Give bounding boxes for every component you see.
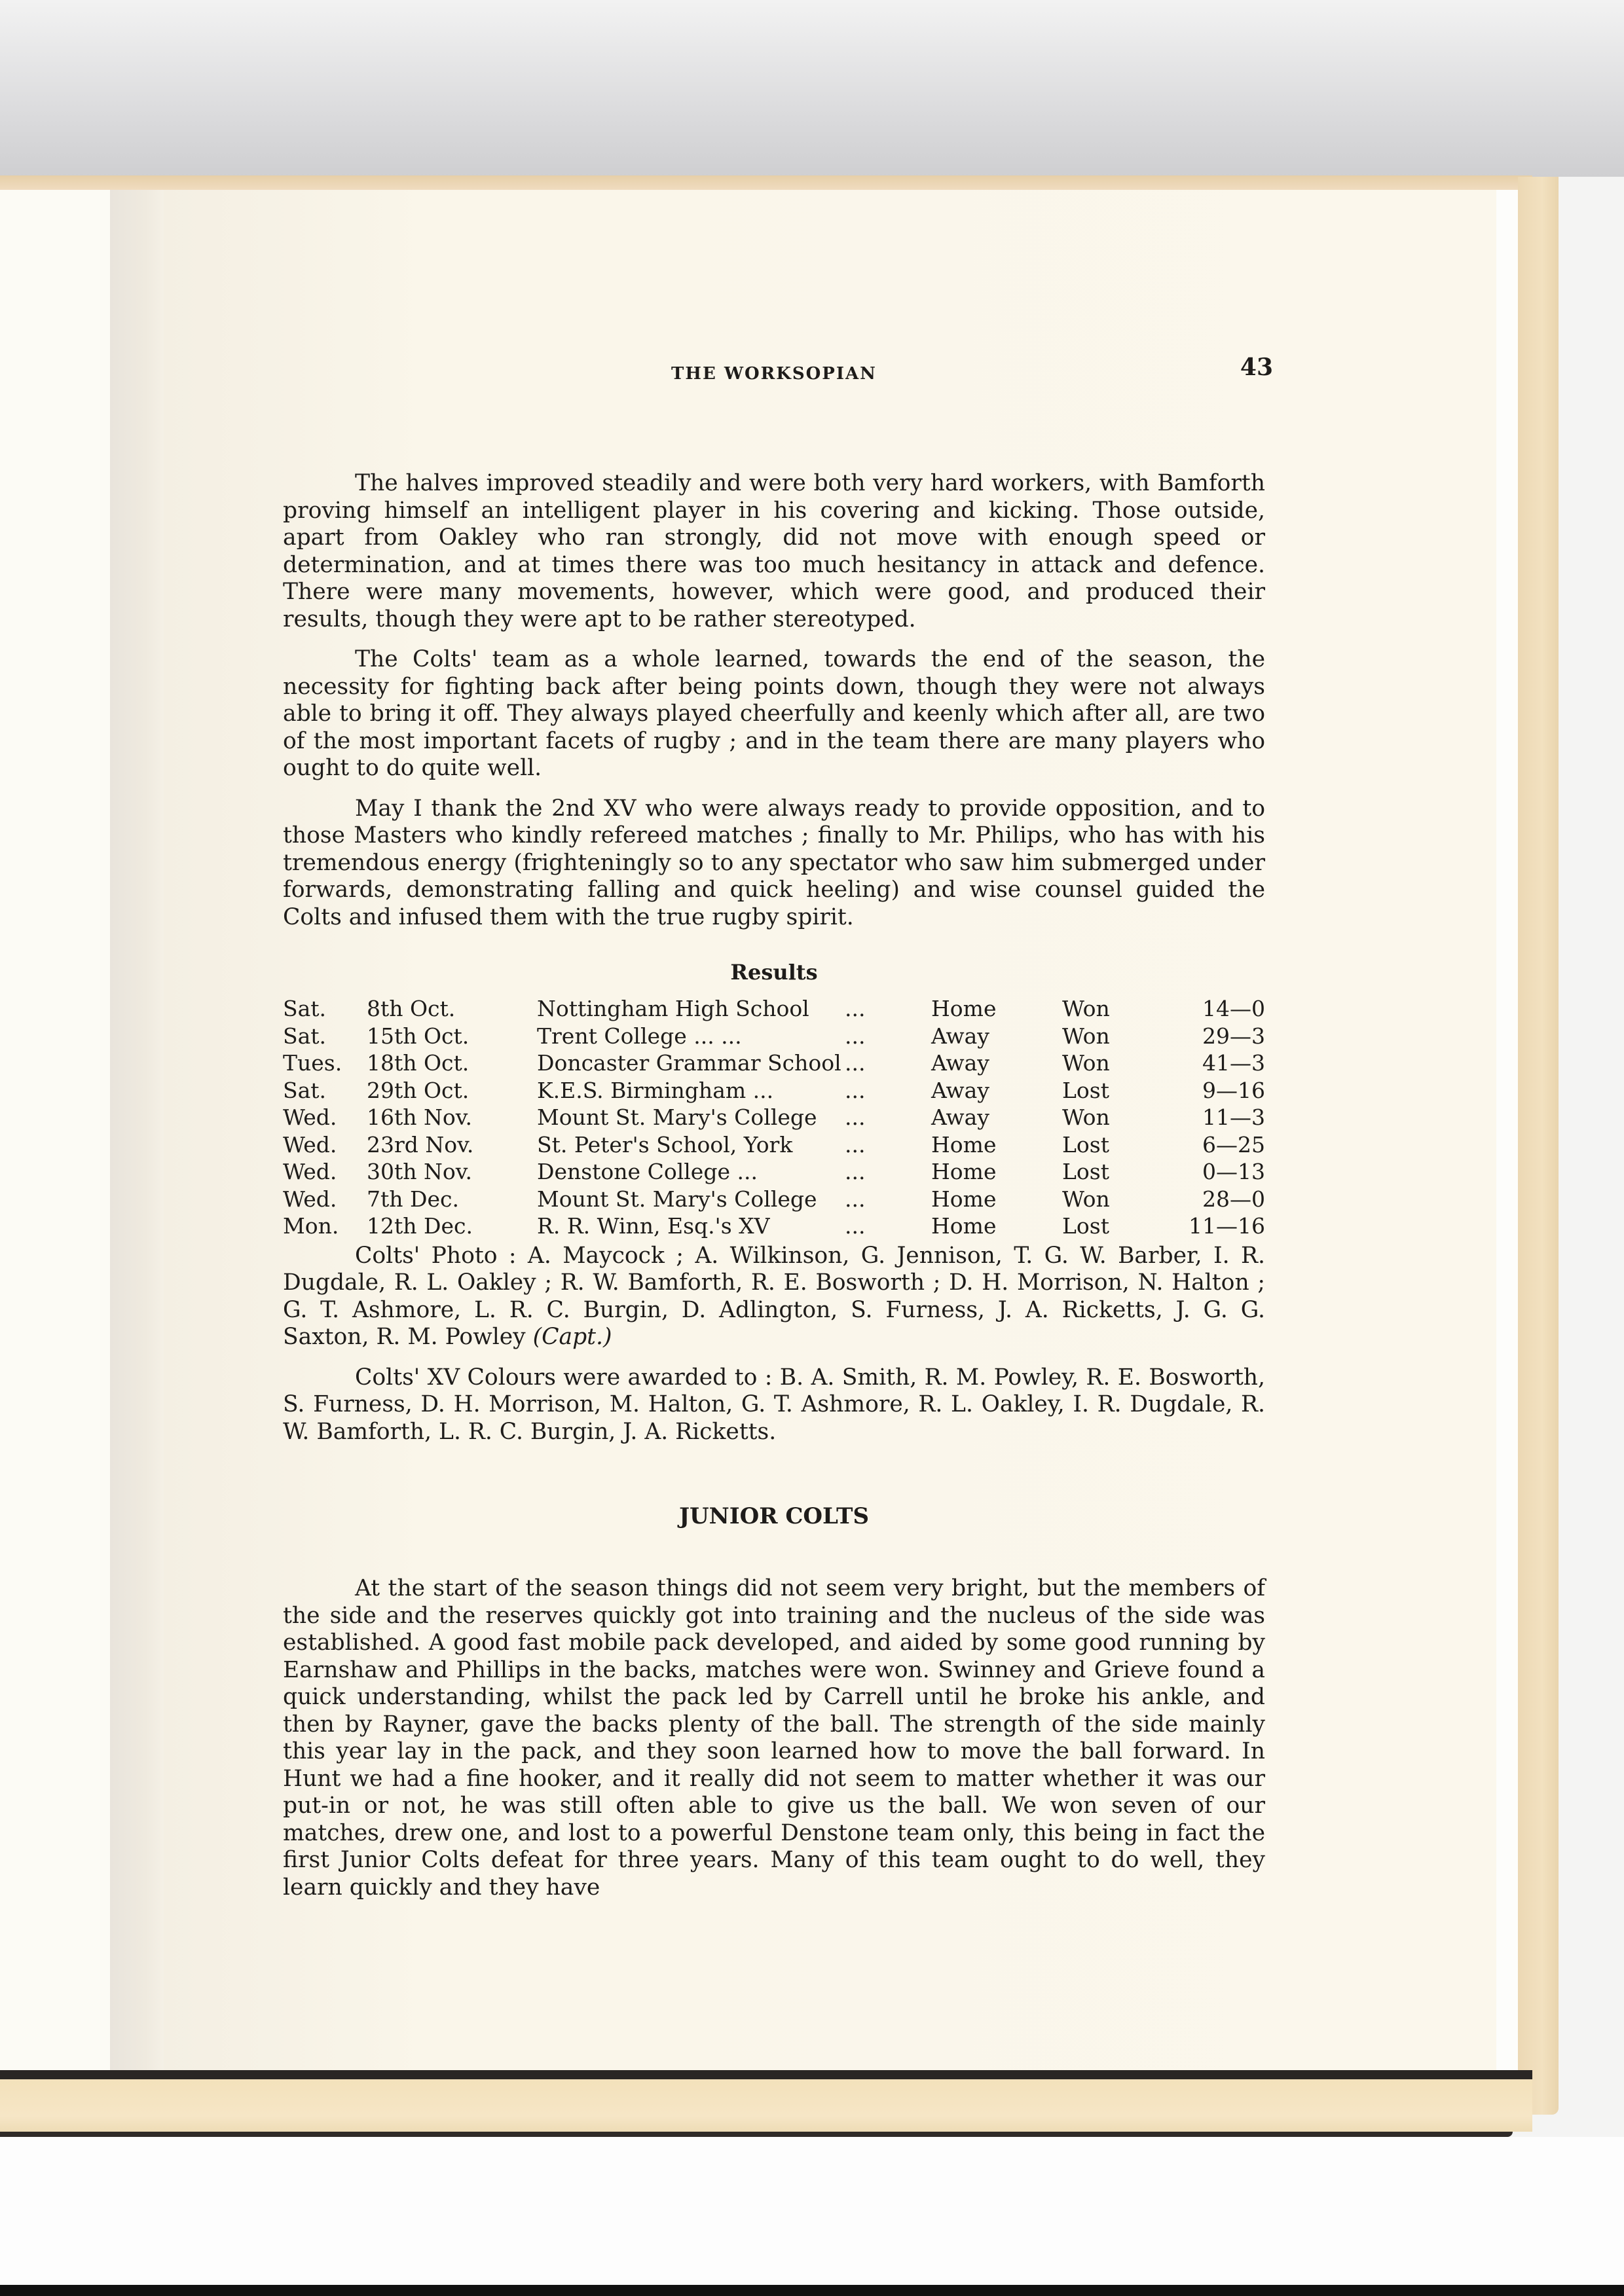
scanner-border (0, 2285, 1624, 2296)
match-result: Won (1062, 1104, 1173, 1131)
match-date: 30th Nov. (367, 1158, 537, 1186)
match-day: Sat. (283, 1077, 367, 1104)
colts-photo-caption: Colts' Photo : A. Maycock ; A. Wilkinson… (283, 1243, 1265, 1351)
running-title: THE WORKSOPIAN (283, 364, 1265, 384)
page-number: 43 (1240, 354, 1273, 381)
running-head: THE WORKSOPIAN 43 (283, 354, 1265, 393)
leader-dots: ... (845, 1077, 931, 1104)
leader-dots: ... (845, 995, 931, 1023)
book-gutter-shadow (110, 190, 169, 2075)
match-venue: Away (931, 1049, 1062, 1077)
match-score: 28—0 (1173, 1186, 1265, 1213)
table-row: Mon. 12th Dec. R. R. Winn, Esq.'s XV ...… (283, 1212, 1265, 1240)
match-venue: Home (931, 1186, 1062, 1213)
match-opponent: Trent College ... ... (537, 1023, 845, 1050)
table-row: Sat. 15th Oct. Trent College ... ... ...… (283, 1023, 1265, 1050)
match-score: 0—13 (1173, 1158, 1265, 1186)
table-row: Wed. 7th Dec. Mount St. Mary's College .… (283, 1186, 1265, 1213)
match-day: Wed. (283, 1131, 367, 1159)
book-cover-right-edge (1518, 177, 1559, 2115)
match-day: Wed. (283, 1186, 367, 1213)
paragraph-colts-team: The Colts' team as a whole learned, towa… (283, 646, 1265, 782)
colts-photo-names: Colts' Photo : A. Maycock ; A. Wilkinson… (283, 1243, 1265, 1351)
match-date: 7th Dec. (367, 1186, 537, 1213)
scanner-background-bottom (0, 2137, 1624, 2285)
match-result: Lost (1062, 1158, 1173, 1186)
match-venue: Home (931, 995, 1062, 1023)
page-content: THE WORKSOPIAN 43 The halves improved st… (283, 354, 1265, 1901)
match-opponent: R. R. Winn, Esq.'s XV (537, 1212, 845, 1240)
match-result: Won (1062, 1049, 1173, 1077)
match-venue: Away (931, 1023, 1062, 1050)
match-day: Wed. (283, 1158, 367, 1186)
match-result: Won (1062, 995, 1173, 1023)
junior-colts-heading: JUNIOR COLTS (283, 1503, 1265, 1529)
match-score: 11—3 (1173, 1104, 1265, 1131)
match-venue: Home (931, 1131, 1062, 1159)
colours-awarded: Colts' XV Colours were awarded to : B. A… (283, 1364, 1265, 1446)
match-opponent: St. Peter's School, York (537, 1131, 845, 1159)
table-row: Wed. 16th Nov. Mount St. Mary's College … (283, 1104, 1265, 1131)
match-score: 14—0 (1173, 995, 1265, 1023)
match-day: Mon. (283, 1212, 367, 1240)
table-row: Tues. 18th Oct. Doncaster Grammar School… (283, 1049, 1265, 1077)
match-date: 8th Oct. (367, 995, 537, 1023)
paragraph-halves: The halves improved steadily and were bo… (283, 470, 1265, 633)
match-score: 29—3 (1173, 1023, 1265, 1050)
match-date: 23rd Nov. (367, 1131, 537, 1159)
leader-dots: ... (845, 1104, 931, 1131)
match-date: 18th Oct. (367, 1049, 537, 1077)
leader-dots: ... (845, 1186, 931, 1213)
match-opponent: Mount St. Mary's College (537, 1186, 845, 1213)
match-result: Won (1062, 1186, 1173, 1213)
results-table: Sat. 8th Oct. Nottingham High School ...… (283, 995, 1265, 1240)
match-score: 6—25 (1173, 1131, 1265, 1159)
match-day: Sat. (283, 995, 367, 1023)
match-venue: Home (931, 1158, 1062, 1186)
results-heading: Results (283, 960, 1265, 985)
match-venue: Away (931, 1077, 1062, 1104)
match-opponent: Nottingham High School (537, 995, 845, 1023)
table-row: Sat. 8th Oct. Nottingham High School ...… (283, 995, 1265, 1023)
match-opponent: Mount St. Mary's College (537, 1104, 845, 1131)
match-result: Lost (1062, 1212, 1173, 1240)
paragraph-thanks: May I thank the 2nd XV who were always r… (283, 795, 1265, 932)
match-opponent: Doncaster Grammar School (537, 1049, 845, 1077)
table-row: Wed. 23rd Nov. St. Peter's School, York … (283, 1131, 1265, 1159)
leader-dots: ... (845, 1049, 931, 1077)
book-cover-bottom-edge (0, 2079, 1532, 2132)
match-day: Tues. (283, 1049, 367, 1077)
match-score: 41—3 (1173, 1049, 1265, 1077)
match-result: Lost (1062, 1131, 1173, 1159)
match-opponent: K.E.S. Birmingham ... (537, 1077, 845, 1104)
scanner-background-top (0, 0, 1624, 177)
match-date: 29th Oct. (367, 1077, 537, 1104)
leader-dots: ... (845, 1023, 931, 1050)
match-venue: Home (931, 1212, 1062, 1240)
match-result: Lost (1062, 1077, 1173, 1104)
leader-dots: ... (845, 1131, 931, 1159)
match-venue: Away (931, 1104, 1062, 1131)
match-score: 9—16 (1173, 1077, 1265, 1104)
match-result: Won (1062, 1023, 1173, 1050)
match-date: 15th Oct. (367, 1023, 537, 1050)
junior-colts-paragraph: At the start of the season things did no… (283, 1575, 1265, 1901)
table-row: Sat. 29th Oct. K.E.S. Birmingham ... ...… (283, 1077, 1265, 1104)
facing-page-left (0, 190, 111, 2075)
match-day: Wed. (283, 1104, 367, 1131)
page-bottom-shadow (0, 2070, 1532, 2079)
leader-dots: ... (845, 1158, 931, 1186)
leader-dots: ... (845, 1212, 931, 1240)
match-date: 12th Dec. (367, 1212, 537, 1240)
captain-note: (Capt.) (533, 1324, 612, 1350)
match-score: 11—16 (1173, 1212, 1265, 1240)
book-top-edge (0, 175, 1532, 190)
cover-bottom-shadow (0, 2132, 1513, 2137)
match-day: Sat. (283, 1023, 367, 1050)
match-date: 16th Nov. (367, 1104, 537, 1131)
table-row: Wed. 30th Nov. Denstone College ... ... … (283, 1158, 1265, 1186)
match-opponent: Denstone College ... (537, 1158, 845, 1186)
